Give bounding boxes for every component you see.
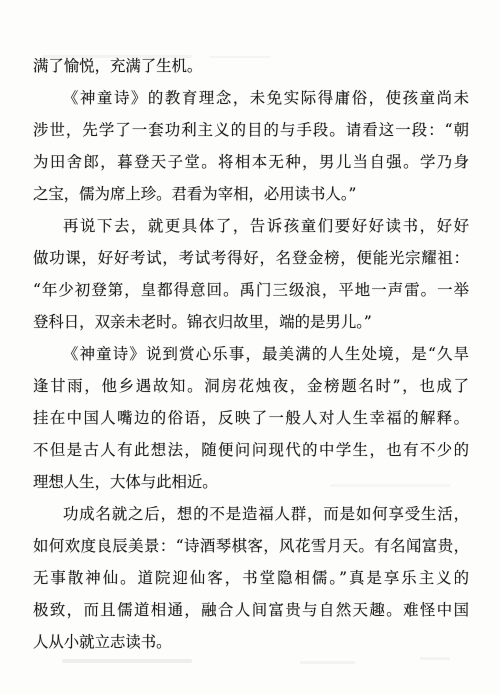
text-line-14: 理想人生，大体与此相近。 xyxy=(33,466,469,498)
text-line-5: 之宝，儒为席上珍。君看为宰相，必用读书人。” xyxy=(33,178,469,210)
text-line-15: 功成名就之后，想的不是造福人群，而是如何享受生活， xyxy=(33,498,469,530)
text-line-7: 做功课，好好考试，考试考得好，名登金榜，便能光宗耀祖： xyxy=(33,242,469,274)
text-line-19: 人从小就立志读书。 xyxy=(33,626,469,658)
text-line-6: 再说下去，就更具体了，告诉孩童们要好好读书，好好 xyxy=(33,210,469,242)
text-line-3: 涉世，先学了一套功利主义的目的与手段。请看这一段：“朝 xyxy=(33,114,469,146)
text-line-13: 不但是古人有此想法，随便问问现代的中学生，也有不少的 xyxy=(33,434,469,466)
text-line-1: 满了愉悦，充满了生机。 xyxy=(33,50,469,82)
text-line-9: 登科日，双亲未老时。锦衣归故里，端的是男儿。” xyxy=(33,306,469,338)
text-line-17: 无事散神仙。道院迎仙客，书堂隐相儒。”真是享乐主义的 xyxy=(33,562,469,594)
scanned-book-page: 满了愉悦，充满了生机。《神童诗》的教育理念，未免实际得庸俗，使孩童尚未涉世，先学… xyxy=(0,0,500,695)
text-line-18: 极致，而且儒道相通，融合人间富贵与自然天趣。难怪中国 xyxy=(33,594,469,626)
text-line-4: 为田舍郎，暮登天子堂。将相本无种，男儿当自强。学乃身 xyxy=(33,146,469,178)
text-line-11: 逢甘雨，他乡遇故知。洞房花烛夜，金榜题名时”，也成了 xyxy=(33,370,469,402)
text-line-8: “年少初登第，皇都得意回。禹门三级浪，平地一声雷。一举 xyxy=(33,274,469,306)
text-line-10: 《神童诗》说到赏心乐事，最美满的人生处境，是“久旱 xyxy=(33,338,469,370)
text-line-12: 挂在中国人嘴边的俗语，反映了一般人对人生幸福的解释。 xyxy=(33,402,469,434)
text-line-2: 《神童诗》的教育理念，未免实际得庸俗，使孩童尚未 xyxy=(33,82,469,114)
scan-artifact xyxy=(62,659,192,663)
scan-artifact xyxy=(300,661,355,664)
body-text: 满了愉悦，充满了生机。《神童诗》的教育理念，未免实际得庸俗，使孩童尚未涉世，先学… xyxy=(33,50,469,658)
text-line-16: 如何欢度良辰美景：“诗酒琴棋客，风花雪月天。有名闻富贵， xyxy=(33,530,469,562)
